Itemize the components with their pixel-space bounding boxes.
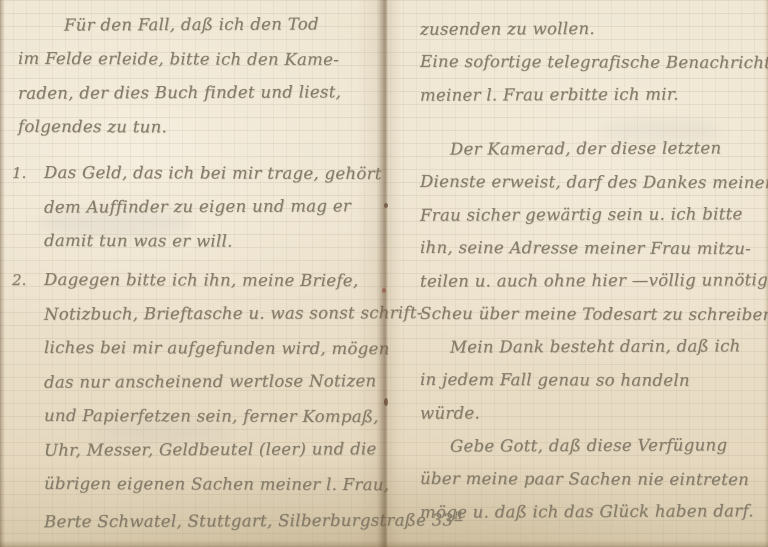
list-number: 2. (12, 263, 26, 297)
handwritten-line: Notizbuch, Brieftasche u. was sonst schr… (44, 296, 364, 331)
handwritten-text: ihn, seine Adresse meiner Frau mitzu- (420, 238, 751, 258)
handwritten-text: folgendes zu tun. (18, 117, 167, 137)
handwritten-line: Dagegen bitte ich ihn, meine Briefe, (44, 263, 364, 298)
left-page: Für den Fall, daß ich den Todim Felde er… (6, 0, 364, 547)
handwritten-line: im Felde erleide, bitte ich den Kame- (18, 42, 364, 77)
handwritten-text: Eine sofortige telegrafische Benachricht… (420, 52, 768, 72)
handwritten-text: Berte Schwatel, Stuttgart, Silberburgstr… (44, 510, 453, 531)
handwritten-text: Frau sicher gewärtig sein u. ich bitte (420, 204, 743, 224)
handwritten-text: Dagegen bitte ich ihn, meine Briefe, (44, 270, 358, 290)
handwritten-text: Dienste erweist, darf des Dankes meiner (420, 172, 768, 192)
paragraph: zusenden zu wollen.Eine sofortige telegr… (420, 12, 764, 111)
handwritten-line: Der Kamerad, der diese letzten (420, 131, 764, 166)
handwritten-line: und Papierfetzen sein, ferner Kompaß, (44, 399, 364, 434)
handwritten-line: dem Auffinder zu eigen und mag er (44, 189, 364, 224)
handwritten-text: möge u. daß ich das Glück haben darf. (420, 501, 754, 521)
handwritten-line: folgendes zu tun. (18, 110, 364, 145)
red-fold-speck (382, 288, 386, 293)
paragraph: Mein Dank besteht darin, daß ichin jedem… (420, 330, 764, 429)
handwritten-text: liches bei mir aufgefunden wird, mögen (44, 338, 390, 358)
page-edge-shadow-left (0, 0, 5, 547)
handwritten-text: Uhr, Messer, Geldbeutel (leer) und die (44, 439, 377, 459)
handwritten-text: damit tun was er will. (44, 231, 233, 251)
handwritten-text: Der Kamerad, der diese letzten (450, 138, 721, 158)
handwritten-line: Frau sicher gewärtig sein u. ich bitte (420, 197, 764, 232)
handwritten-line: würde. (420, 395, 764, 430)
handwritten-line: Das Geld, das ich bei mir trage, gehört (44, 156, 364, 191)
handwritten-line: über meine paar Sachen nie eintreten (420, 462, 764, 496)
handwritten-text: übrigen eigenen Sachen meiner l. Frau, (44, 474, 389, 494)
handwritten-line: übrigen eigenen Sachen meiner l. Frau, (44, 467, 364, 502)
handwritten-text: raden, der dies Buch findet und liest, (18, 82, 341, 102)
page-edge-shadow-right (764, 0, 768, 547)
handwritten-line: damit tun was er will. (44, 224, 364, 259)
handwritten-line: Eine sofortige telegrafische Benachricht… (420, 45, 764, 79)
handwritten-line: Für den Fall, daß ich den Tod (18, 7, 364, 43)
handwritten-text: im Felde erleide, bitte ich den Kame- (18, 49, 339, 69)
list-number: 1. (12, 156, 26, 190)
page-edge-shadow-bottom (0, 540, 768, 547)
handwritten-text: meiner l. Frau erbitte ich mir. (420, 85, 679, 105)
paragraph: Der Kamerad, der diese letztenDienste er… (420, 132, 764, 330)
handwritten-line: Berte Schwatel, Stuttgart, Silberburgstr… (44, 500, 364, 539)
notebook-scan: Für den Fall, daß ich den Todim Felde er… (0, 0, 768, 547)
right-page: zusenden zu wollen.Eine sofortige telegr… (394, 0, 764, 547)
handwritten-line: liches bei mir aufgefunden wird, mögen (44, 331, 364, 366)
handwritten-line: das nur anscheinend wertlose Notizen (44, 364, 364, 399)
paragraph: 2.Dagegen bitte ich ihn, meine Briefe,No… (6, 263, 364, 539)
handwritten-text: das nur anscheinend wertlose Notizen (44, 371, 377, 391)
handwritten-line: Scheu über meine Todesart zu schreiben. (420, 297, 764, 331)
handwritten-text: und Papierfetzen sein, ferner Kompaß, (44, 406, 379, 426)
handwritten-text: Gebe Gott, daß diese Verfügung (450, 435, 727, 455)
handwritten-line: Gebe Gott, daß diese Verfügung (420, 428, 764, 463)
handwritten-text: teilen u. auch ohne hier —völlig unnötig… (420, 270, 768, 291)
handwritten-line: Mein Dank besteht darin, daß ich (420, 329, 764, 364)
handwritten-line: raden, der dies Buch findet und liest, (18, 75, 364, 111)
handwritten-text: Das Geld, das ich bei mir trage, gehört (44, 163, 382, 183)
handwritten-line: Dienste erweist, darf des Dankes meiner (420, 165, 764, 199)
handwritten-line: teilen u. auch ohne hier —völlig unnötig… (420, 263, 764, 298)
handwritten-text: würde. (420, 403, 480, 422)
handwritten-text: über meine paar Sachen nie eintreten (420, 469, 749, 489)
handwritten-line: Uhr, Messer, Geldbeutel (leer) und die (44, 432, 364, 467)
handwritten-line: möge u. daß ich das Glück haben darf. (420, 494, 764, 529)
handwritten-line: meiner l. Frau erbitte ich mir. (420, 77, 764, 112)
handwritten-text: in jedem Fall genau so handeln (420, 370, 690, 390)
handwritten-text: Notizbuch, Brieftasche u. was sonst schr… (44, 303, 423, 324)
handwritten-line: zusenden zu wollen. (420, 11, 764, 46)
handwritten-text: zusenden zu wollen. (420, 19, 595, 39)
paragraph: 1.Das Geld, das ich bei mir trage, gehör… (6, 156, 364, 258)
fold-speck (384, 398, 388, 406)
handwritten-text: Für den Fall, daß ich den Tod (64, 14, 319, 34)
fold-speck (384, 203, 388, 208)
handwritten-text: Mein Dank besteht darin, daß ich (450, 336, 741, 356)
paragraph: Gebe Gott, daß diese Verfügungüber meine… (420, 429, 764, 528)
handwritten-line: ihn, seine Adresse meiner Frau mitzu- (420, 231, 764, 265)
paragraph: Für den Fall, daß ich den Todim Felde er… (6, 8, 364, 144)
handwritten-line: in jedem Fall genau so handeln (420, 363, 764, 397)
handwritten-text: dem Auffinder zu eigen und mag er (44, 196, 351, 216)
handwritten-text: Scheu über meine Todesart zu schreiben. (420, 304, 768, 324)
